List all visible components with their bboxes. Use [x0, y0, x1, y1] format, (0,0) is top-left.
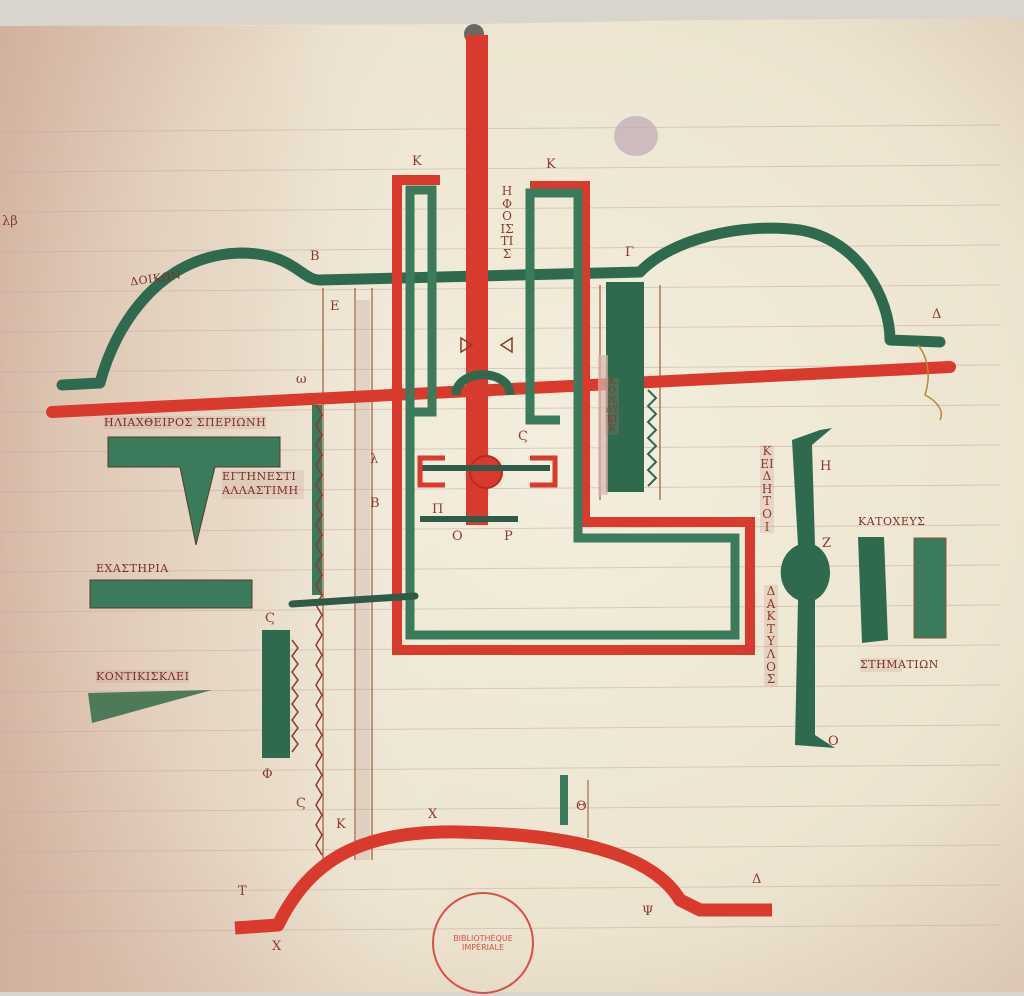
diagram-canvas [0, 0, 1024, 992]
label-omicron-bottom: Ο [828, 735, 839, 748]
valve-circle [470, 456, 502, 488]
label-kappa-bottom: Κ [336, 818, 346, 831]
folio-mark: λβ [2, 215, 18, 228]
red-central-shaft [466, 35, 488, 525]
label-omega: ω [296, 373, 307, 386]
manuscript-page: λβ Κ Κ Β Γ Δ Ε ω λ Β Ϛ Π Ο Ρ Η Ζ Ο Ϛ Φ Ϛ… [0, 0, 1024, 992]
small-green-bar [262, 630, 290, 758]
ink-blot [614, 116, 658, 156]
label-lambda: λ [370, 453, 378, 466]
caption-bar: ΕΧΑΣΤΗΡΙΑ [96, 562, 169, 575]
caption-vertical-center: ΗΦΟΙΣΤΙΣ [500, 185, 514, 261]
label-delta-right: Δ [932, 308, 941, 321]
label-kappa-left: Κ [412, 155, 422, 168]
valve-rod [420, 465, 550, 471]
caption-rod-left: ΚΕΙΔΗΤΟΙ [760, 445, 774, 533]
green-bar [90, 580, 252, 608]
label-psi: Ψ [642, 905, 653, 918]
library-stamp: BIBLIOTHÈQUE IMPÉRIALE [432, 892, 534, 992]
label-kappa-right: Κ [546, 158, 556, 171]
label-gamma: Γ [625, 246, 634, 259]
label-beta: Β [310, 250, 320, 263]
caption-left-horizontal: ΗΛΙΑΧΘΕΙΡΟΣ ΣΠΕΡΙΩΝΗ [104, 416, 266, 429]
green-block-right [914, 538, 946, 638]
caption-wedge: ΚΟΝΤΙΚΙΣΚΛΕΙ [96, 670, 189, 683]
caption-rod-right: ΔΑΚΤΥΛΟΣ [764, 585, 778, 686]
label-zeta: Ζ [822, 537, 831, 550]
label-rho: Ρ [504, 530, 513, 543]
label-stigma: Ϛ [518, 430, 528, 443]
caption-blocks-top: ΚΑΤΟΧΕΥΣ [858, 515, 948, 528]
label-pi: Π [432, 503, 443, 516]
caption-column-right: ΚΟΝΔΥΚΙΚ [605, 378, 619, 435]
label-delta-bottom: Δ [752, 873, 761, 886]
label-chi: Χ [272, 940, 281, 953]
label-beta-small: Β [370, 497, 380, 510]
label-omicron: Ο [452, 530, 463, 543]
label-stigma-bottom: Ϛ [296, 797, 306, 810]
label-tau: Τ [238, 885, 247, 898]
caption-blocks-bottom: ΣΤΗΜΑΤΙΩΝ [860, 658, 902, 672]
caption-t-shape-note: ΕΓΤΗΝΕΣΤΙ ΑΛΛΑΣΤΙΜΗ [222, 470, 304, 499]
label-eta: Η [820, 460, 831, 473]
label-theta: Θ [576, 800, 587, 813]
stamp-text: BIBLIOTHÈQUE IMPÉRIALE [448, 934, 518, 952]
label-chi-top: Χ [428, 808, 437, 821]
label-sigma: Ϛ [265, 612, 275, 625]
green-block-left [858, 537, 888, 643]
label-epsilon: Ε [330, 300, 340, 313]
label-phi: Φ [262, 768, 273, 781]
